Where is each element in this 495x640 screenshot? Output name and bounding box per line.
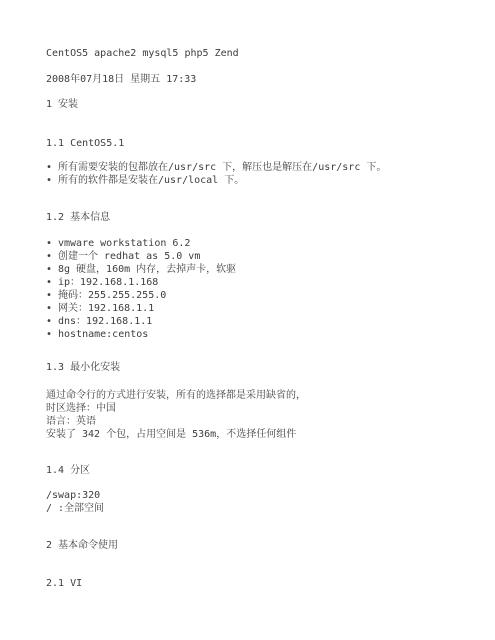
heading-basic-commands: 2 基本命令使用: [46, 539, 465, 552]
list-item: 创建一个 redhat as 5.0 vm: [46, 250, 465, 263]
list-item: 所有的软件都是安装在/usr/local 下。: [46, 174, 465, 187]
paragraph-line: / :全部空间: [46, 502, 465, 515]
partition-paragraph: /swap:320 / :全部空间: [46, 489, 465, 515]
heading-basic-info: 1.2 基本信息: [46, 211, 465, 224]
paragraph-line: 语言：英语: [46, 415, 465, 428]
paragraph-line: 时区选择：中国: [46, 402, 465, 415]
heading-centos51: 1.1 CentOS5.1: [46, 137, 465, 150]
paragraph-line: 安装了 342 个包，占用空间是 536m，不选择任何组件: [46, 428, 465, 441]
list-item: 网关：192.168.1.1: [46, 302, 465, 315]
list-item: hostname:centos: [46, 328, 465, 341]
document-page: CentOS5 apache2 mysql5 php5 Zend 2008年07…: [0, 0, 495, 640]
doc-title: CentOS5 apache2 mysql5 php5 Zend: [46, 47, 465, 60]
centos-bullet-list: 所有需要安装的包都放在/usr/src 下，解压也是解压在/usr/src 下。…: [46, 161, 465, 187]
minimal-install-paragraph: 通过命令行的方式进行安装，所有的选择都是采用缺省的， 时区选择：中国 语言：英语…: [46, 389, 465, 441]
paragraph-line: /swap:320: [46, 489, 465, 502]
list-item: 掩码：255.255.255.0: [46, 289, 465, 302]
basic-info-bullet-list: vmware workstation 6.2 创建一个 redhat as 5.…: [46, 237, 465, 341]
doc-date: 2008年07月18日 星期五 17:33: [46, 73, 465, 86]
list-item: 所有需要安装的包都放在/usr/src 下，解压也是解压在/usr/src 下。: [46, 161, 465, 174]
list-item: ip：192.168.1.168: [46, 276, 465, 289]
list-item: 8g 硬盘，160m 内存，去掉声卡，软驱: [46, 263, 465, 276]
heading-minimal-install: 1.3 最小化安装: [46, 361, 465, 374]
list-item: dns：192.168.1.1: [46, 315, 465, 328]
heading-vi: 2.1 VI: [46, 577, 465, 590]
paragraph-line: 通过命令行的方式进行安装，所有的选择都是采用缺省的，: [46, 389, 465, 402]
list-item: vmware workstation 6.2: [46, 237, 465, 250]
heading-install: 1 安装: [46, 98, 465, 111]
heading-partition: 1.4 分区: [46, 464, 465, 477]
